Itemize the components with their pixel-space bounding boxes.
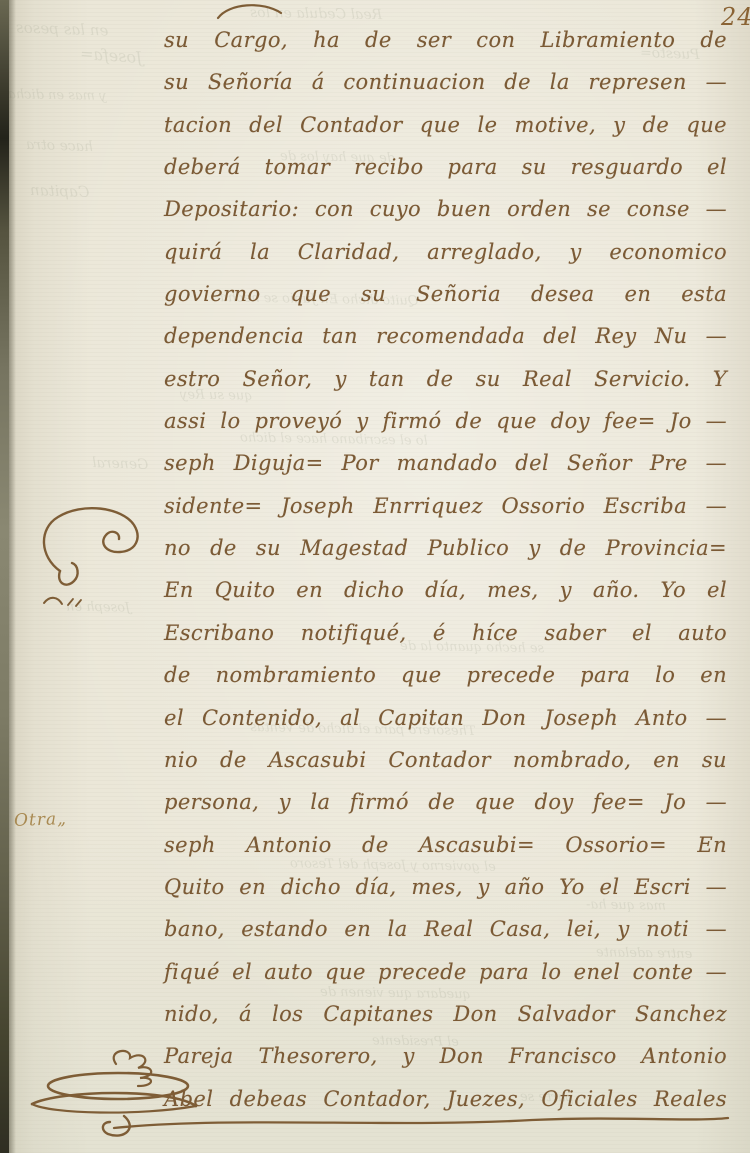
manuscript-line: su Señoría á continuacion de la represen… [164,61,727,103]
manuscript-line: nido, á los Capitanes Don Salvador Sanch… [164,993,727,1035]
manuscript-line: estro Señor, y tan de su Real Servicio. … [164,358,727,400]
manuscript-line: persona, y la firmó de que doy fee= Jo — [164,781,727,823]
manuscript-line: el Contenido, al Capitan Don Joseph Anto… [164,697,727,739]
manuscript-line: Pareja Thesorero, y Don Francisco Antoni… [164,1035,727,1077]
binding-edge-shadow [9,0,16,1153]
manuscript-line: En Quito en dicho día, mes, y año. Yo el [164,569,727,611]
manuscript-line: dependencia tan recomendada del Rey Nu — [164,315,727,357]
bleedthrough-ghost: Josefa= [79,44,143,67]
manuscript-line: Quito en dicho día, mes, y año Yo el Esc… [164,866,727,908]
manuscript-line: seph Diguja= Por mandado del Señor Pre — [164,442,727,484]
manuscript-line: su Cargo, ha de ser con Libramiento de [164,19,727,61]
manuscript-line: assi lo proveyó y firmó de que doy fee= … [164,400,727,442]
manuscript-line: Escribano notifiqué, é híce saber el aut… [164,612,727,654]
manuscript-line: tacion del Contador que le motive, y de … [164,104,727,146]
end-rule-flourish-icon [112,1110,732,1136]
bleedthrough-ghost: General [92,455,149,473]
bleedthrough-ghost: y mas en dicha [8,87,107,104]
manuscript-line: nio de Ascasubi Contador nombrado, en su [164,739,727,781]
manuscript-line: fiqué el auto que precede para lo enel c… [164,951,727,993]
manuscript-page: en las pesosJosefa=y mas en dichahace ot… [0,0,750,1153]
manuscript-line: de nombramiento que precede para lo en [164,654,727,696]
manuscript-line: sidente= Joseph Enrriquez Ossorio Escrib… [164,485,727,527]
bleedthrough-ghost: en las pesos [16,18,109,39]
binding-edge [0,0,9,1153]
manuscript-line: deberá tomar recibo para su resguardo el [164,146,727,188]
margin-rubric-flourish-icon [36,505,156,615]
margin-note-otra: Otra„ [14,809,68,831]
manuscript-line: seph Antonio de Ascasubi= Ossorio= En [164,824,727,866]
manuscript-line: quirá la Claridad, arreglado, y economic… [164,231,727,273]
manuscript-line: no de su Magestad Publico y de Provincia… [164,527,727,569]
manuscript-line: govierno que su Señoria desea en esta [164,273,727,315]
text-block: su Cargo, ha de ser con Libramiento desu… [164,19,727,1120]
manuscript-line: bano, estando en la Real Casa, lei, y no… [164,908,727,950]
manuscript-line: Depositario: con cuyo buen orden se cons… [164,188,727,230]
bleedthrough-ghost: hace otra [26,137,94,155]
top-cut-flourish-icon [215,0,285,20]
bleedthrough-ghost: Capitan [30,181,90,201]
